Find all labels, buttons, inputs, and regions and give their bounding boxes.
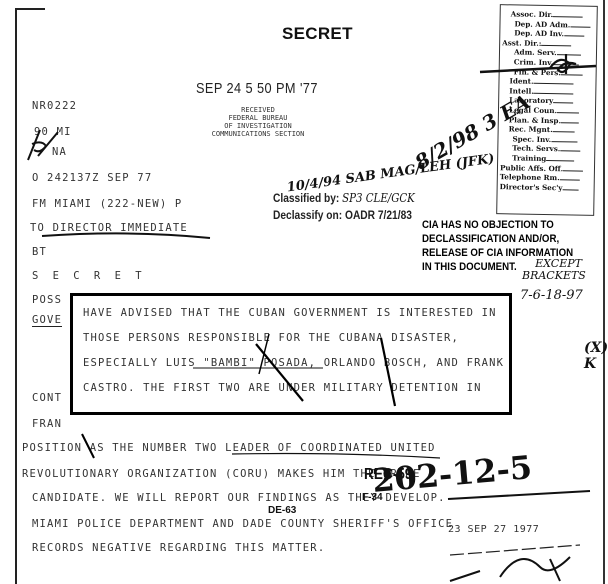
cia-handwritten-date: 7-6-18-97 bbox=[520, 288, 583, 303]
left-margin-rule bbox=[15, 8, 17, 584]
handwritten-strikethrough-marks bbox=[73, 296, 509, 412]
teletype-dtg: O 242137Z SEP 77 bbox=[32, 172, 152, 184]
cia-handwritten-exception: EXCEPT BRACKETS bbox=[522, 258, 582, 282]
handwritten-initials bbox=[22, 124, 62, 164]
received-stamp-line: RECEIVED bbox=[198, 106, 318, 114]
declassify-label: Declassify on: bbox=[273, 208, 342, 222]
teletype-from: FM MIAMI (222-NEW) P bbox=[32, 198, 182, 210]
cia-stamp-line: DECLASSIFICATION AND/OR, bbox=[422, 232, 573, 246]
date-stamp: 23 SEP 27 1977 bbox=[448, 524, 539, 535]
declassify-value: OADR 7/21/83 bbox=[345, 208, 412, 222]
body-line: MIAMI POLICE DEPARTMENT AND DADE COUNTY … bbox=[32, 518, 453, 530]
handwritten-underline bbox=[40, 228, 220, 242]
received-stamp-line: FEDERAL BUREAU bbox=[198, 114, 318, 122]
classification-block: Classified by: SP3 CLE/GCK Declassify on… bbox=[273, 190, 415, 224]
received-stamp: RECEIVED FEDERAL BUREAU OF INVESTIGATION… bbox=[198, 106, 318, 138]
received-stamp-date: SEP 24 5 50 PM '77 bbox=[196, 80, 318, 97]
classification-header: SECRET bbox=[282, 24, 353, 44]
body-line: RECORDS NEGATIVE REGARDING THIS MATTER. bbox=[32, 542, 325, 554]
received-stamp-line: COMMUNICATIONS SECTION bbox=[198, 130, 318, 138]
margin-review-mark: (X) K bbox=[584, 340, 608, 372]
routing-checkmark-scribble bbox=[478, 50, 598, 90]
bracketed-text-box: HAVE ADVISED THAT THE CUBAN GOVERNMENT I… bbox=[70, 293, 512, 415]
sub-code-stamp-2: F-34 bbox=[362, 492, 383, 503]
teletype-message-number: NR0222 bbox=[32, 100, 77, 112]
teletype-secret: S E C R E T bbox=[32, 270, 146, 282]
cia-stamp-line: CIA HAS NO OBJECTION TO bbox=[422, 218, 573, 232]
sub-code-stamp: DE-63 bbox=[268, 505, 296, 516]
body-fragment-fran: FRAN bbox=[32, 418, 62, 430]
left-margin-corner bbox=[15, 8, 45, 10]
received-stamp-line: OF INVESTIGATION bbox=[198, 122, 318, 130]
classified-by-label: Classified by: bbox=[273, 191, 339, 205]
teletype-fragment-poss: POSS bbox=[32, 294, 62, 306]
body-line: REVOLUTIONARY ORGANIZATION (CORU) MAKES … bbox=[22, 468, 421, 480]
classified-by-value: SP3 CLE/GCK bbox=[342, 191, 415, 205]
teletype-fragment-gove: GOVE bbox=[32, 314, 62, 327]
body-fragment-cont: CONT bbox=[32, 392, 62, 404]
teletype-bt: BT bbox=[32, 246, 47, 258]
routing-item: Director's Sec'y bbox=[500, 182, 592, 193]
handwritten-review-date: 10/4/94 SAB MAG/LEH (JFK) bbox=[286, 152, 495, 196]
right-margin-rule bbox=[603, 0, 605, 584]
